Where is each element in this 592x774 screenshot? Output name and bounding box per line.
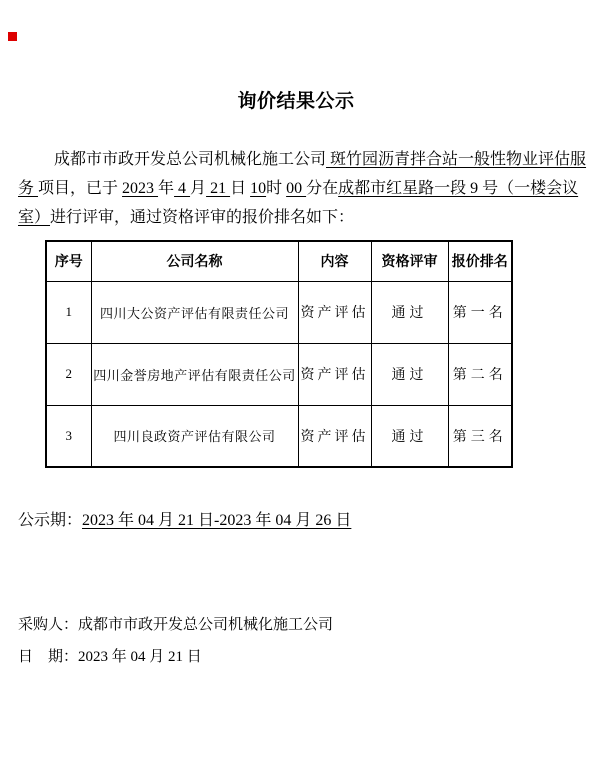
purchaser-line: 采购人：成都市市政开发总公司机械化施工公司: [18, 615, 592, 635]
document-date-line: 日 期：2023 年 04 月 21 日: [18, 647, 592, 667]
table-row: 1 四川大公资产评估有限责任公司 资产评估 通过 第一名: [46, 281, 512, 343]
cell-company: 四川良政资产评估有限公司: [91, 405, 298, 467]
cell-company: 四川大公资产评估有限责任公司: [91, 281, 298, 343]
paragraph-line-1: 成都市市政开发总公司机械化施工公司 斑竹园沥青拌合站一般性物业评估服: [18, 145, 584, 174]
text-segment: 日: [230, 180, 250, 197]
col-header-index: 序号: [46, 241, 91, 281]
underlined-text-segment: 室）: [18, 209, 50, 226]
cell-rank: 第三名: [448, 405, 512, 467]
text-segment: 进行评审，通过资格评审的报价排名如下：: [50, 209, 354, 226]
cell-qualification: 通过: [371, 281, 448, 343]
col-header-company: 公司名称: [91, 241, 298, 281]
col-header-rank: 报价排名: [448, 241, 512, 281]
publicity-period-line: 公示期：2023 年 04 月 21 日-2023 年 04 月 26 日: [18, 511, 592, 531]
document-page: 询价结果公示 成都市市政开发总公司机械化施工公司 斑竹园沥青拌合站一般性物业评估…: [0, 0, 592, 774]
cell-qualification: 通过: [371, 343, 448, 405]
col-header-qualification: 资格评审: [371, 241, 448, 281]
cell-content: 资产评估: [298, 343, 371, 405]
underlined-text-segment: 00: [286, 180, 306, 197]
text-segment: 时: [266, 180, 286, 197]
table-header-row: 序号 公司名称 内容 资格评审 报价排名: [46, 241, 512, 281]
underlined-text-segment: 10: [250, 180, 266, 197]
table-row: 3 四川良政资产评估有限公司 资产评估 通过 第三名: [46, 405, 512, 467]
cell-index: 2: [46, 343, 91, 405]
underlined-text-segment: 2023: [122, 180, 158, 197]
text-segment: 项目，已于: [38, 180, 122, 197]
text-segment: 年: [158, 180, 174, 197]
text-segment: 成都市市政开发总公司机械化施工公司: [54, 151, 326, 168]
cell-index: 3: [46, 405, 91, 467]
underlined-text-segment: 斑竹园沥青拌合站一般性物业评估服: [326, 151, 586, 168]
underlined-text-segment: 成都市红星路一段 9 号（一楼会议: [338, 180, 578, 197]
cell-rank: 第一名: [448, 281, 512, 343]
paragraph-line-3: 室）进行评审，通过资格评审的报价排名如下：: [18, 203, 584, 232]
cell-content: 资产评估: [298, 405, 371, 467]
text-segment: 月: [190, 180, 206, 197]
cell-content: 资产评估: [298, 281, 371, 343]
table-row: 2 四川金誉房地产评估有限责任公司 资产评估 通过 第二名: [46, 343, 512, 405]
page-title: 询价结果公示: [0, 0, 592, 113]
cell-rank: 第二名: [448, 343, 512, 405]
cell-qualification: 通过: [371, 405, 448, 467]
quotation-ranking-table: 序号 公司名称 内容 资格评审 报价排名 1 四川大公资产评估有限责任公司 资产…: [45, 240, 513, 468]
publicity-period-label: 公示期：: [18, 512, 82, 529]
text-segment: 分在: [306, 180, 338, 197]
cell-company: 四川金誉房地产评估有限责任公司: [91, 343, 298, 405]
intro-paragraph: 成都市市政开发总公司机械化施工公司 斑竹园沥青拌合站一般性物业评估服 务 项目，…: [18, 145, 584, 232]
publicity-period-dates: 2023 年 04 月 21 日-2023 年 04 月 26 日: [82, 512, 351, 529]
col-header-content: 内容: [298, 241, 371, 281]
underlined-text-segment: 4: [174, 180, 190, 197]
underlined-text-segment: 21: [206, 180, 230, 197]
cell-index: 1: [46, 281, 91, 343]
red-marker: [8, 32, 17, 41]
underlined-text-segment: 务: [18, 180, 38, 197]
paragraph-line-2: 务 项目，已于 2023 年 4 月 21 日 10时 00 分在成都市红星路一…: [18, 174, 584, 203]
